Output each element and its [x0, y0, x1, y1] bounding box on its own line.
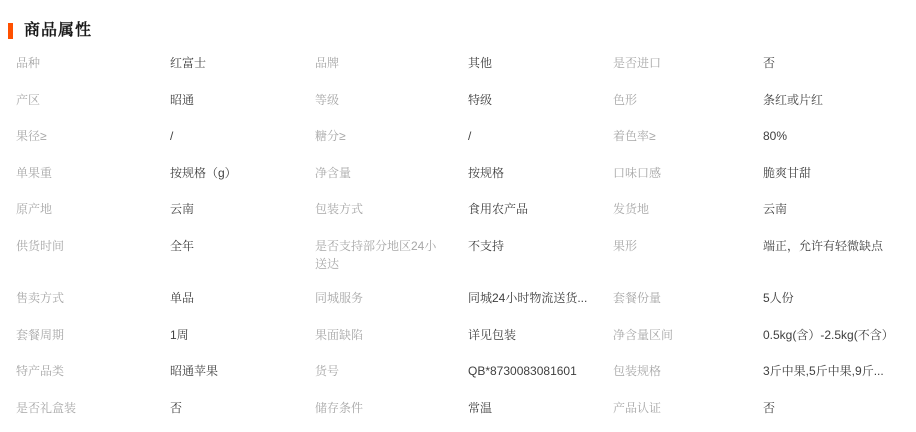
attribute-value: 红富士	[170, 54, 315, 72]
attribute-value: 条红或片红	[763, 91, 916, 109]
attribute-row: 套餐周期1周果面缺陷详见包装净含量区间0.5kg(含）-2.5kg(不含）	[16, 326, 916, 363]
attribute-label: 果面缺陷	[315, 326, 468, 344]
attribute-row: 产区昭通等级特级色形条红或片红	[16, 91, 916, 128]
attribute-label: 特产品类	[16, 362, 170, 380]
attribute-value: 3斤中果,5斤中果,9斤...	[763, 362, 916, 380]
attribute-label: 包装方式	[315, 200, 468, 218]
attribute-label: 同城服务	[315, 289, 468, 307]
attribute-value: QB*8730083081601	[468, 362, 613, 380]
attribute-label: 净含量	[315, 164, 468, 182]
attribute-label: 果形	[613, 237, 763, 255]
attribute-label: 是否支持部分地区24小 送达	[315, 237, 468, 273]
attribute-label: 口味口感	[613, 164, 763, 182]
attribute-value: 否	[170, 399, 315, 417]
attribute-label: 储存条件	[315, 399, 468, 417]
attribute-label: 是否礼盒装	[16, 399, 170, 417]
attribute-value: 否	[763, 399, 916, 417]
attribute-value: /	[468, 127, 613, 145]
attribute-label: 套餐份量	[613, 289, 763, 307]
attribute-row: 单果重按规格（g）净含量按规格口味口感脆爽甘甜	[16, 164, 916, 201]
attribute-value: 0.5kg(含）-2.5kg(不含）	[763, 326, 916, 344]
attribute-value: 云南	[763, 200, 916, 218]
attribute-value: 否	[763, 54, 916, 72]
attribute-value: /	[170, 127, 315, 145]
panel-title: 商品属性	[24, 22, 92, 40]
attribute-row: 供货时间全年是否支持部分地区24小 送达不支持果形端正，允许有轻微缺点	[16, 237, 916, 290]
attribute-row: 售卖方式单品同城服务同城24小时物流送货...套餐份量5人份	[16, 289, 916, 326]
attribute-label: 供货时间	[16, 237, 170, 255]
attribute-value: 云南	[170, 200, 315, 218]
attribute-value: 食用农产品	[468, 200, 613, 218]
attribute-value: 端正，允许有轻微缺点	[763, 237, 916, 255]
attribute-row: 果径≥/糖分≥/着色率≥80%	[16, 127, 916, 164]
attribute-value: 5人份	[763, 289, 916, 307]
attribute-label: 是否进口	[613, 54, 763, 72]
attribute-label: 套餐周期	[16, 326, 170, 344]
attribute-label: 净含量区间	[613, 326, 763, 344]
attribute-value: 昭通	[170, 91, 315, 109]
attribute-label: 单果重	[16, 164, 170, 182]
attribute-value: 同城24小时物流送货...	[468, 289, 613, 307]
attribute-value: 不支持	[468, 237, 613, 255]
attribute-value: 单品	[170, 289, 315, 307]
attribute-row: 品种红富士品牌其他是否进口否	[16, 54, 916, 91]
attribute-label: 色形	[613, 91, 763, 109]
title-accent-bar	[8, 23, 13, 39]
attribute-label: 等级	[315, 91, 468, 109]
attributes-table: 品种红富士品牌其他是否进口否产区昭通等级特级色形条红或片红果径≥/糖分≥/着色率…	[16, 54, 916, 432]
attribute-value: 昭通苹果	[170, 362, 315, 380]
attribute-value: 1周	[170, 326, 315, 344]
attribute-value: 按规格（g）	[170, 164, 315, 182]
attribute-label: 货号	[315, 362, 468, 380]
attribute-label: 产区	[16, 91, 170, 109]
attribute-label: 果径≥	[16, 127, 170, 145]
attribute-value: 常温	[468, 399, 613, 417]
attribute-label: 产品认证	[613, 399, 763, 417]
attribute-label: 品种	[16, 54, 170, 72]
attribute-row: 原产地云南包装方式食用农产品发货地云南	[16, 200, 916, 237]
attribute-label: 品牌	[315, 54, 468, 72]
attribute-label: 包装规格	[613, 362, 763, 380]
attribute-value: 按规格	[468, 164, 613, 182]
attribute-row: 是否礼盒装否储存条件常温产品认证否	[16, 399, 916, 432]
attribute-value: 全年	[170, 237, 315, 255]
attribute-value: 特级	[468, 91, 613, 109]
attribute-value: 脆爽甘甜	[763, 164, 916, 182]
attribute-label: 糖分≥	[315, 127, 468, 145]
attribute-value: 详见包装	[468, 326, 613, 344]
product-attributes-panel: 商品属性 品种红富士品牌其他是否进口否产区昭通等级特级色形条红或片红果径≥/糖分…	[0, 0, 916, 432]
panel-header: 商品属性	[8, 22, 92, 40]
attribute-value: 80%	[763, 127, 916, 145]
attribute-label: 售卖方式	[16, 289, 170, 307]
attribute-label: 发货地	[613, 200, 763, 218]
attribute-row: 特产品类昭通苹果货号QB*8730083081601包装规格3斤中果,5斤中果,…	[16, 362, 916, 399]
attribute-label: 着色率≥	[613, 127, 763, 145]
attribute-label: 原产地	[16, 200, 170, 218]
attribute-value: 其他	[468, 54, 613, 72]
